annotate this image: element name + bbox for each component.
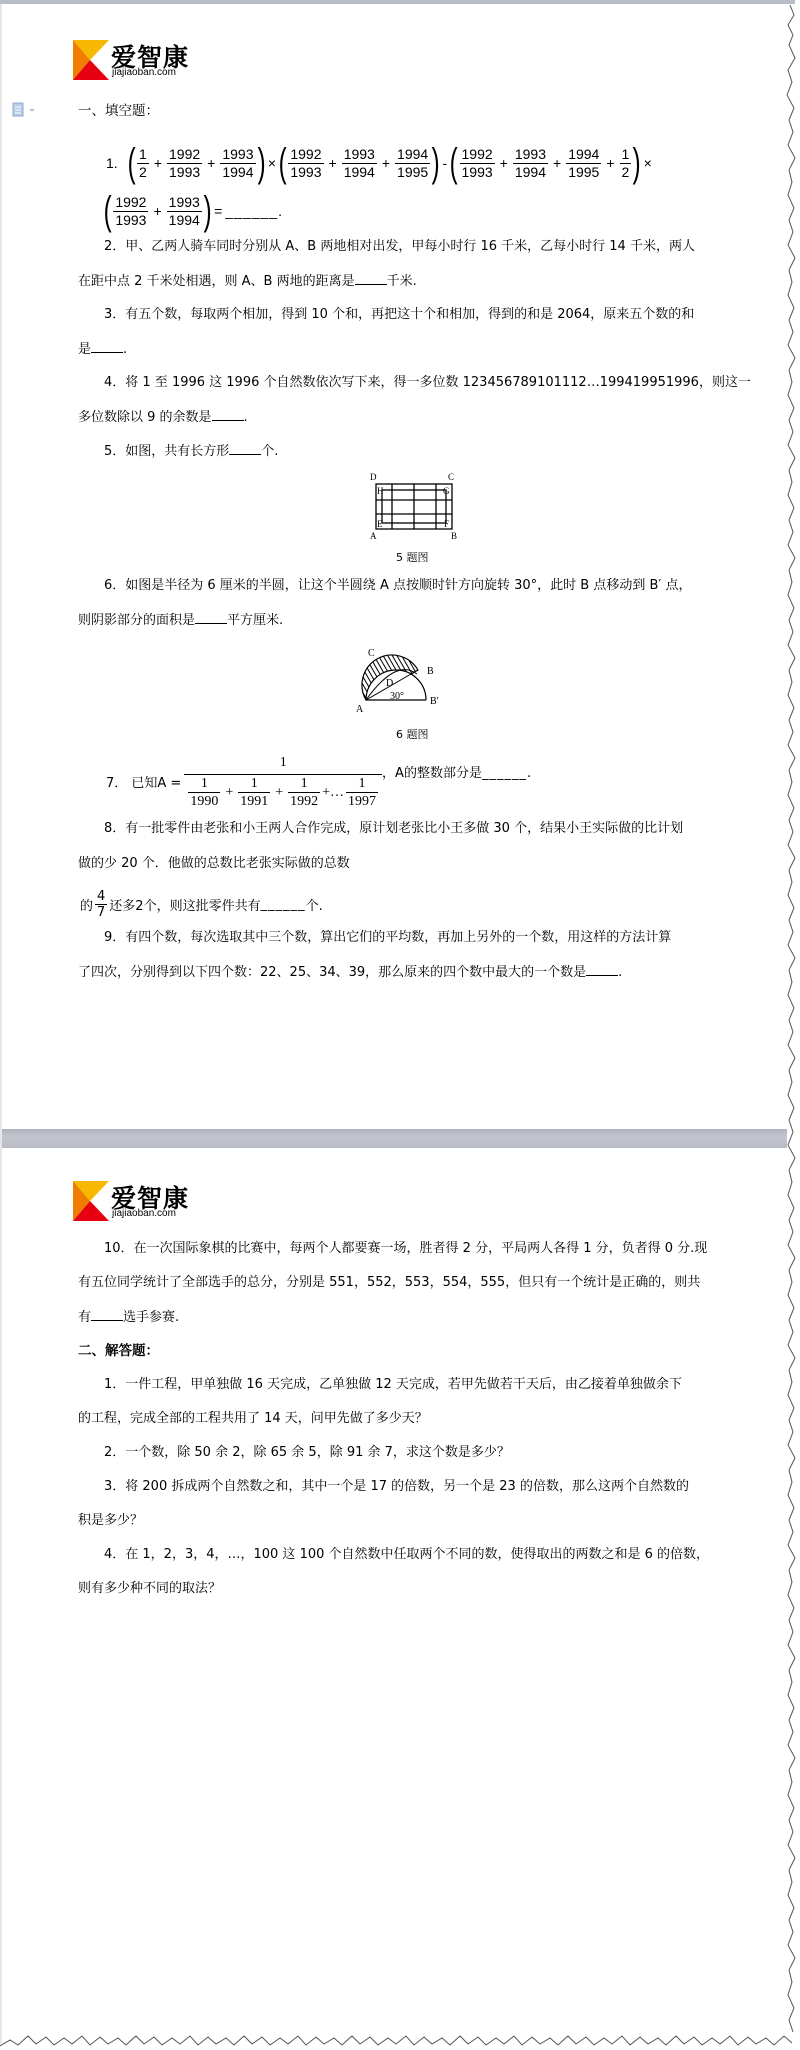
svg-text:B′: B′: [430, 696, 439, 707]
q9-line2: 了四次，分别得到以下四个数：22、25、34、39，那么原来的四个数中最大的一个…: [78, 963, 622, 982]
logo-mark-icon: [73, 40, 109, 82]
q2-line2: 在距中点 2 千米处相遇，则 A、B 两地的距离是千米.: [78, 272, 417, 291]
svg-text:D: D: [386, 678, 393, 689]
q8-line1: 8．有一批零件由老张和小王两人合作完成，原计划老张比小王多做 30 个，结果小王…: [104, 820, 683, 838]
torn-bottom-edge: [0, 2028, 800, 2050]
svg-text:H: H: [377, 486, 384, 496]
q4-line1: 4．将 1 至 1996 这 1996 个自然数依次写下来，得一多位数 1234…: [104, 374, 751, 392]
q7-formula: 7． 已知A = 1 11990 + 11991 + 11992 +… 1199…: [106, 748, 531, 814]
q8-line2: 做的少 20 个．他做的总数比老张实际做的总数: [78, 855, 350, 873]
section-title-solve: 二、解答题：: [78, 1342, 159, 1360]
q4-answer-blank: [212, 408, 244, 421]
q6-figure-caption: 6 题图: [396, 726, 429, 742]
a3-line1: 3．将 200 拆成两个自然数之和，其中一个是 17 的倍数，另一个是 23 的…: [104, 1478, 689, 1496]
q5-figure-caption: 5 题图: [396, 549, 429, 565]
document-options-icon[interactable]: [12, 102, 38, 118]
a1-line1: 1．一件工程，甲单独做 16 天完成，乙单独做 12 天完成，若甲先做若干天后，…: [104, 1376, 682, 1394]
brand-logo-page2: 爱智康 jiajiaoban.com: [73, 1181, 213, 1223]
svg-text:F: F: [444, 519, 449, 529]
a2-line1: 2．一个数，除 50 余 2，除 65 余 5，除 91 余 7，求这个数是多少…: [104, 1444, 510, 1462]
q6-semicircle-figure: C B D A B′ 30°: [354, 640, 474, 720]
svg-text:B: B: [451, 531, 457, 540]
a4-line1: 4．在 1，2，3，4，…，100 这 100 个自然数中任取两个不同的数，使得…: [104, 1546, 709, 1564]
q10-line3: 有选手参赛.: [78, 1308, 179, 1327]
q1-answer-blank: ______: [225, 203, 278, 219]
section-title-fill-blank: 一、填空题：: [78, 102, 159, 120]
q2-line1: 2．甲、乙两人骑车同时分别从 A、B 两地相对出发，甲每小时行 16 千米，乙每…: [104, 238, 695, 256]
a3-line2: 积是多少？: [78, 1512, 143, 1530]
svg-text:E: E: [377, 519, 383, 529]
svg-text:A: A: [370, 531, 377, 540]
q8-line3: 的 47 还多2个，则这批零件共有______个.: [80, 884, 323, 924]
svg-text:B: B: [427, 666, 434, 677]
q5-rectangle-figure: D C H G E F A B: [368, 470, 460, 540]
svg-text:A: A: [356, 704, 364, 715]
q10-answer-blank: [91, 1308, 123, 1321]
q7-answer-blank: ______: [482, 766, 527, 781]
q3-line1: 3．有五个数，每取两个相加，得到 10 个和，再把这十个和相加，得到的和是 20…: [104, 306, 694, 324]
q4-line2: 多位数除以 9 的余数是.: [78, 408, 248, 427]
svg-text:D: D: [370, 472, 377, 482]
svg-text:C: C: [368, 648, 375, 659]
svg-text:G: G: [443, 486, 450, 496]
torn-right-edge: [782, 0, 800, 2050]
q6-line1: 6．如图是半径为 6 厘米的半圆，让这个半圆绕 A 点按顺时针方向旋转 30°，…: [104, 577, 691, 595]
q1-formula-line1: 1. ( 12 + 19921993 + 19931994 ) × ( 1992…: [106, 140, 655, 186]
q3-line2: 是.: [78, 340, 127, 359]
q10-line2: 有五位同学统计了全部选手的总分，分别是 551，552，553，554，555，…: [78, 1274, 700, 1292]
page-left-edge: [0, 4, 2, 2044]
a4-line2: 则有多少种不同的取法？: [78, 1580, 221, 1598]
window-top-border: [0, 0, 795, 4]
q6-line2: 则阴影部分的面积是平方厘米.: [78, 611, 283, 630]
logo-mark-icon: [73, 1181, 109, 1223]
q5-answer-blank: [229, 442, 261, 455]
q2-answer-blank: [355, 272, 387, 285]
a1-line2: 的工程，完成全部的工程共用了 14 天，问甲先做了多少天？: [78, 1410, 428, 1428]
q1-formula-line2: ( 19921993 + 19931994 ) = ______ .: [104, 188, 282, 234]
q6-answer-blank: [195, 611, 227, 624]
q3-answer-blank: [91, 340, 123, 353]
q9-answer-blank: [586, 963, 618, 976]
brand-logo: 爱智康 jiajiaoban.com: [73, 40, 213, 82]
q8-answer-blank: ______: [261, 897, 306, 912]
q10-line1: 10．在一次国际象棋的比赛中，每两个人都要赛一场，胜者得 2 分，平局两人各得 …: [104, 1240, 707, 1258]
svg-text:C: C: [448, 472, 454, 482]
svg-text:30°: 30°: [390, 691, 404, 702]
page-break-separator: [2, 1129, 787, 1148]
q5-line1: 5．如图，共有长方形个.: [104, 442, 278, 461]
brand-domain: jiajiaoban.com: [112, 67, 176, 78]
q9-line1: 9．有四个数，每次选取其中三个数，算出它们的平均数，再加上另外的一个数，用这样的…: [104, 929, 671, 947]
